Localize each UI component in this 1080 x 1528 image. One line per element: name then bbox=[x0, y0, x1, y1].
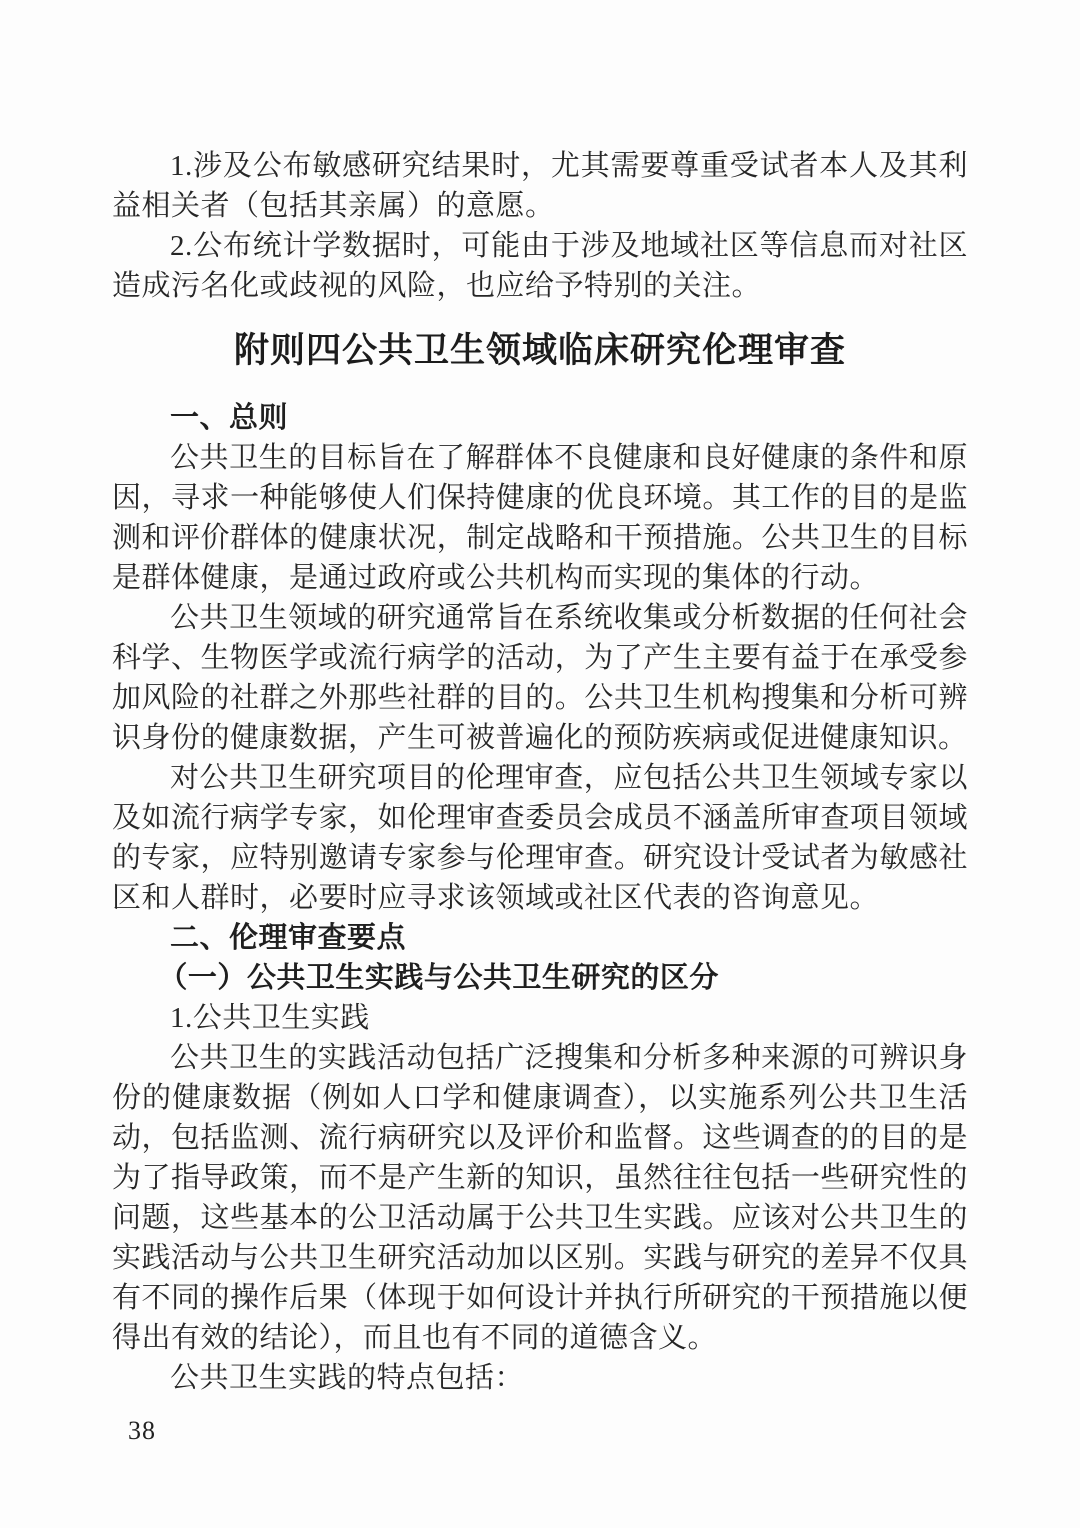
intro-paragraph-2: 2.公布统计学数据时，可能由于涉及地域社区等信息而对社区造成污名化或歧视的风险，… bbox=[112, 226, 968, 306]
practice-description-paragraph: 公共卫生的实践活动包括广泛搜集和分析多种来源的可辨识身份的健康数据（例如人口学和… bbox=[112, 1038, 968, 1358]
page-number: 38 bbox=[112, 1416, 968, 1446]
general-principles-paragraph-1: 公共卫生的目标旨在了解群体不良健康和良好健康的条件和原因，寻求一种能够使人们保持… bbox=[112, 438, 968, 598]
section-heading-general-principles: 一、总则 bbox=[112, 398, 968, 438]
general-principles-paragraph-3: 对公共卫生研究项目的伦理审查，应包括公共卫生领域专家以及如流行病学专家，如伦理审… bbox=[112, 758, 968, 918]
item-label-public-health-practice: 1.公共卫生实践 bbox=[112, 998, 968, 1038]
section-heading-review-points: 二、伦理审查要点 bbox=[112, 918, 968, 958]
practice-features-lead-in: 公共卫生实践的特点包括： bbox=[112, 1358, 968, 1398]
subsection-heading-practice-vs-research: （一）公共卫生实践与公共卫生研究的区分 bbox=[112, 958, 968, 998]
document-body: 1.涉及公布敏感研究结果时，尤其需要尊重受试者本人及其利益相关者（包括其亲属）的… bbox=[112, 146, 968, 1446]
general-principles-paragraph-2: 公共卫生领域的研究通常旨在系统收集或分析数据的任何社会科学、生物医学或流行病学的… bbox=[112, 598, 968, 758]
document-page: 1.涉及公布敏感研究结果时，尤其需要尊重受试者本人及其利益相关者（包括其亲属）的… bbox=[0, 0, 1080, 1528]
document-title: 附则四公共卫生领域临床研究伦理审查 bbox=[112, 324, 968, 378]
intro-paragraph-1: 1.涉及公布敏感研究结果时，尤其需要尊重受试者本人及其利益相关者（包括其亲属）的… bbox=[112, 146, 968, 226]
